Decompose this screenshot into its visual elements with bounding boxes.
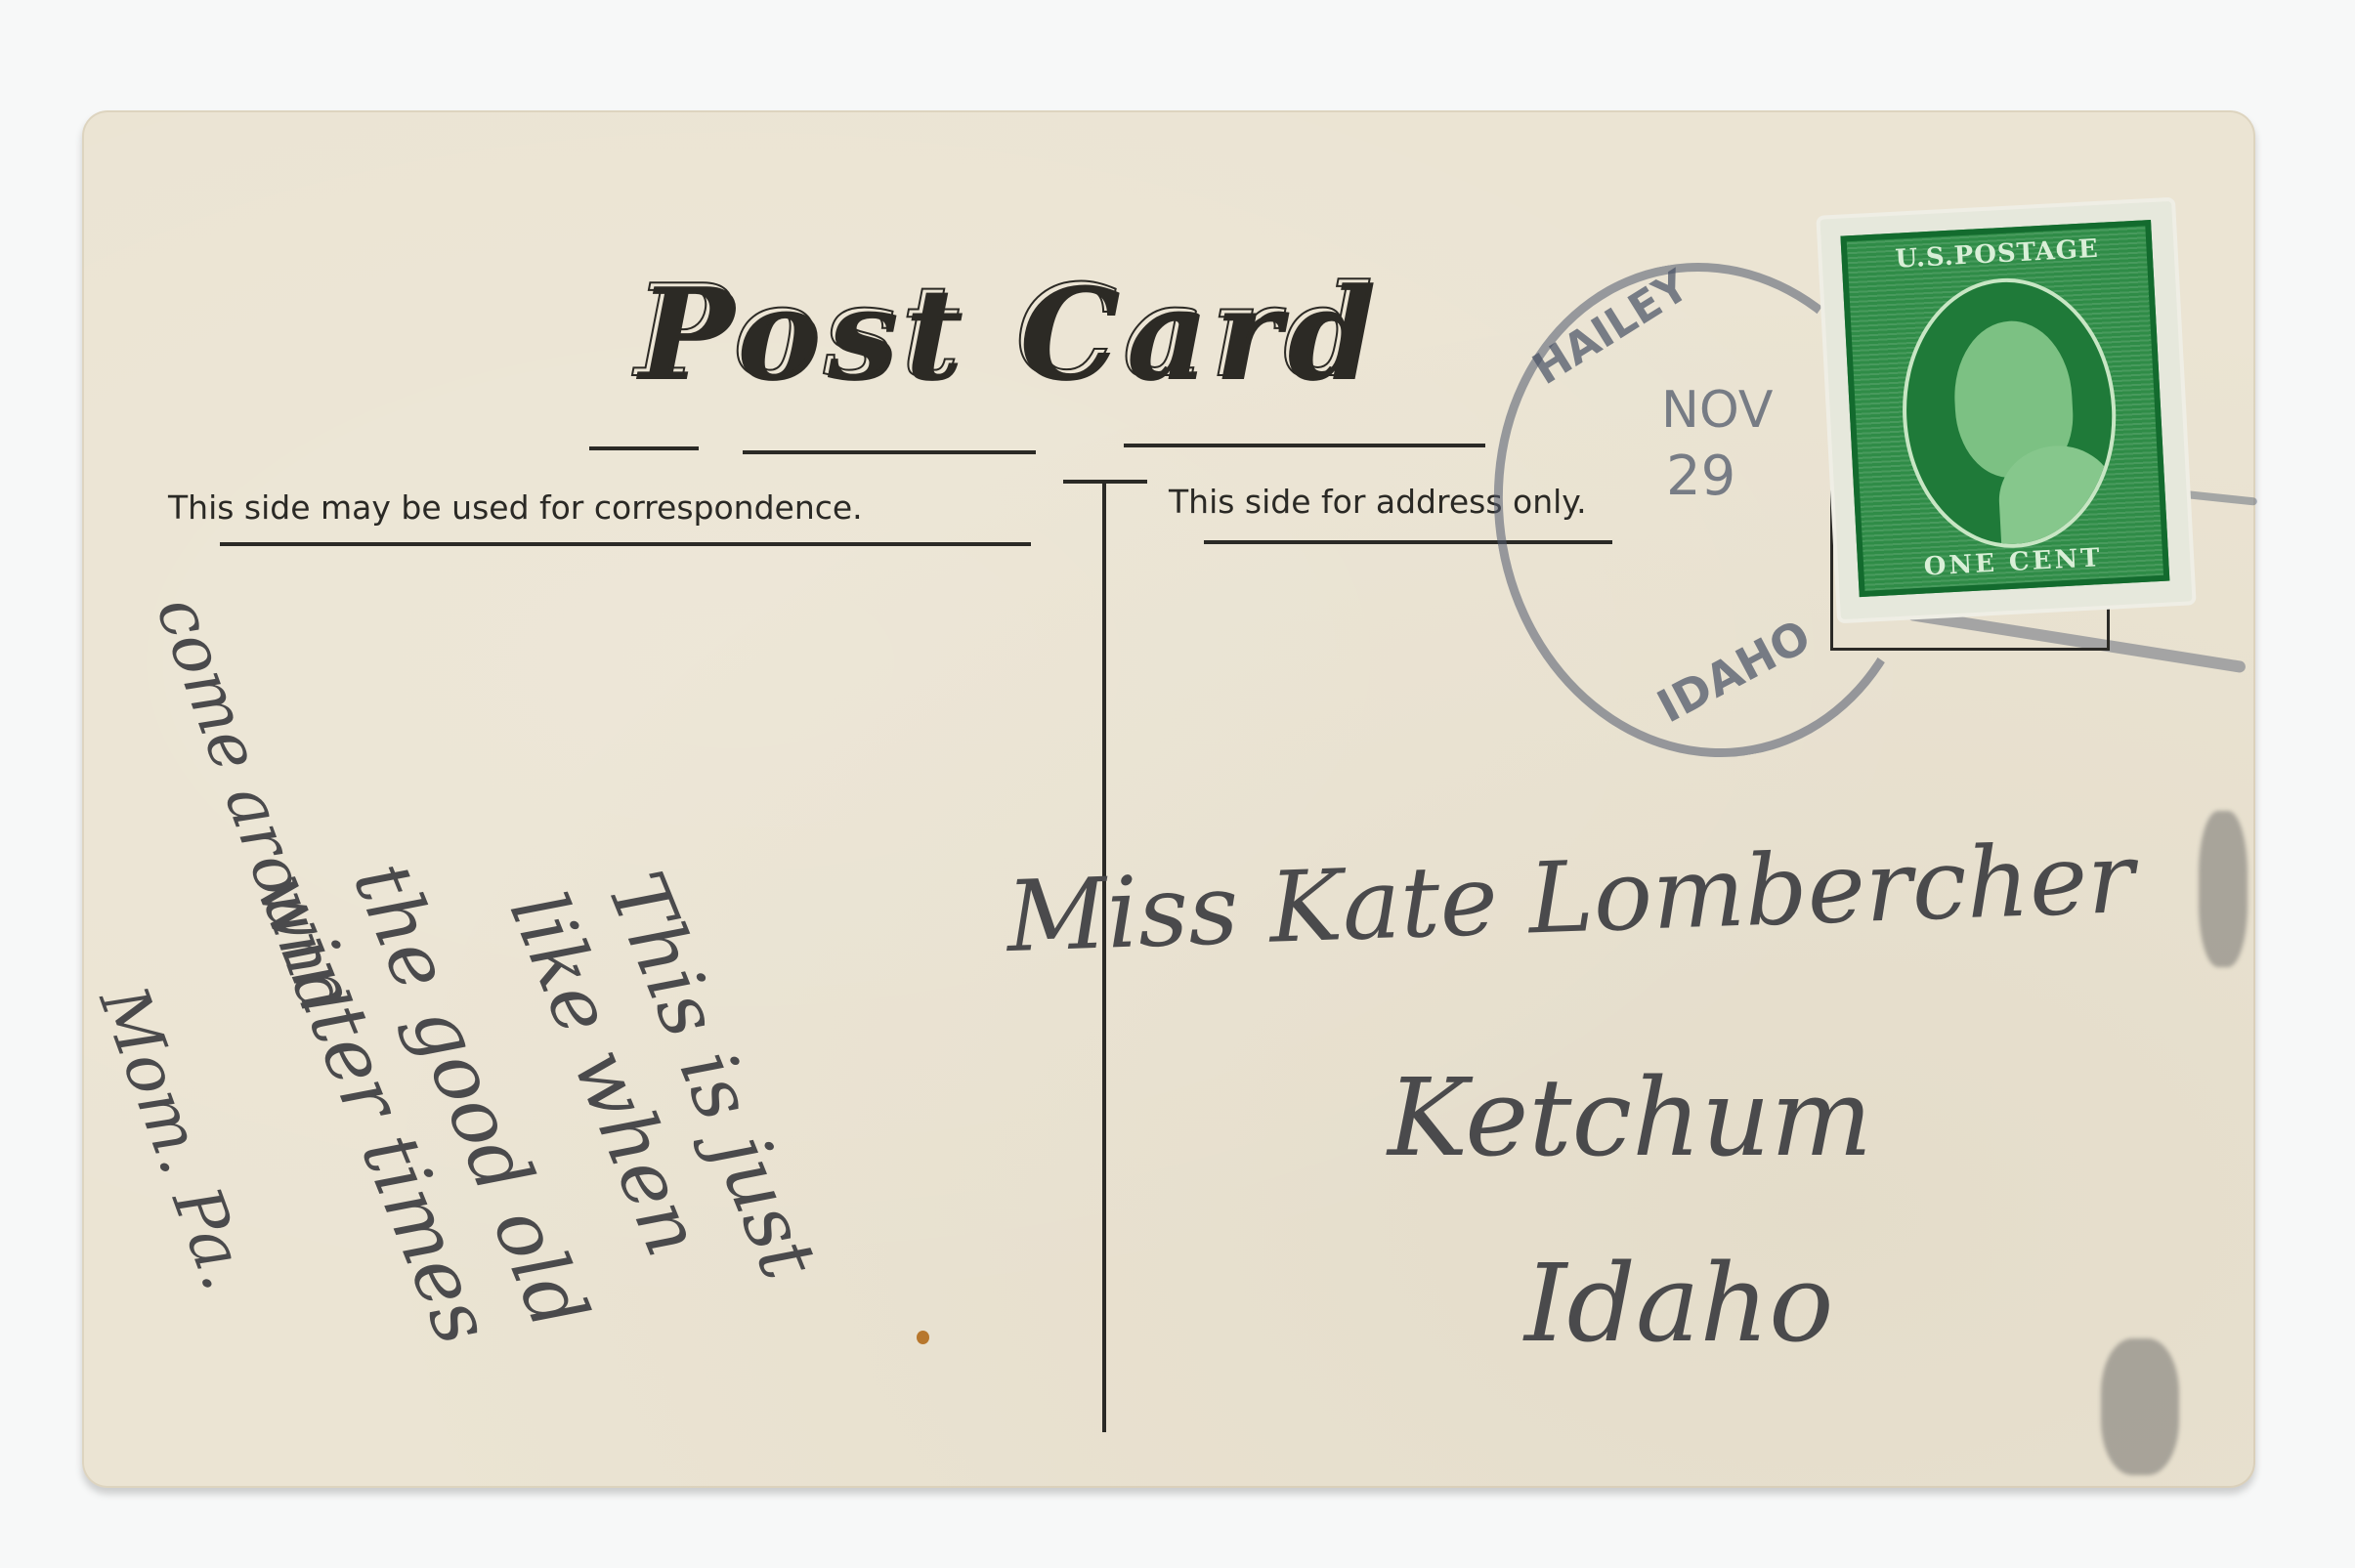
address-line-3: Idaho bbox=[1524, 1241, 1834, 1366]
address-line-2: Ketchum bbox=[1388, 1055, 1872, 1180]
correspondence-caption: This side may be used for correspondence… bbox=[168, 488, 863, 527]
stamp-frame: U.S.POSTAGE ONE CENT bbox=[1840, 220, 2169, 597]
stamp-top-text: U.S.POSTAGE bbox=[1847, 232, 2147, 276]
postcard-title: Post Card bbox=[635, 256, 1379, 405]
ink-smudge-bottom bbox=[2101, 1338, 2179, 1475]
ink-smudge-right bbox=[2199, 811, 2248, 967]
rust-stain bbox=[917, 1331, 929, 1344]
scan-background: Post Card This side may be used for corr… bbox=[0, 0, 2355, 1568]
stamp-portrait-oval bbox=[1896, 273, 2122, 553]
title-rule-right bbox=[1124, 444, 1485, 447]
correspondence-rule bbox=[220, 542, 1031, 546]
title-rule-left bbox=[589, 446, 699, 450]
title-rule-mid bbox=[743, 450, 1036, 454]
postage-stamp: U.S.POSTAGE ONE CENT bbox=[1820, 201, 2193, 619]
postmark-day: 29 bbox=[1666, 445, 1735, 508]
postmark-month: NOV bbox=[1661, 381, 1774, 440]
